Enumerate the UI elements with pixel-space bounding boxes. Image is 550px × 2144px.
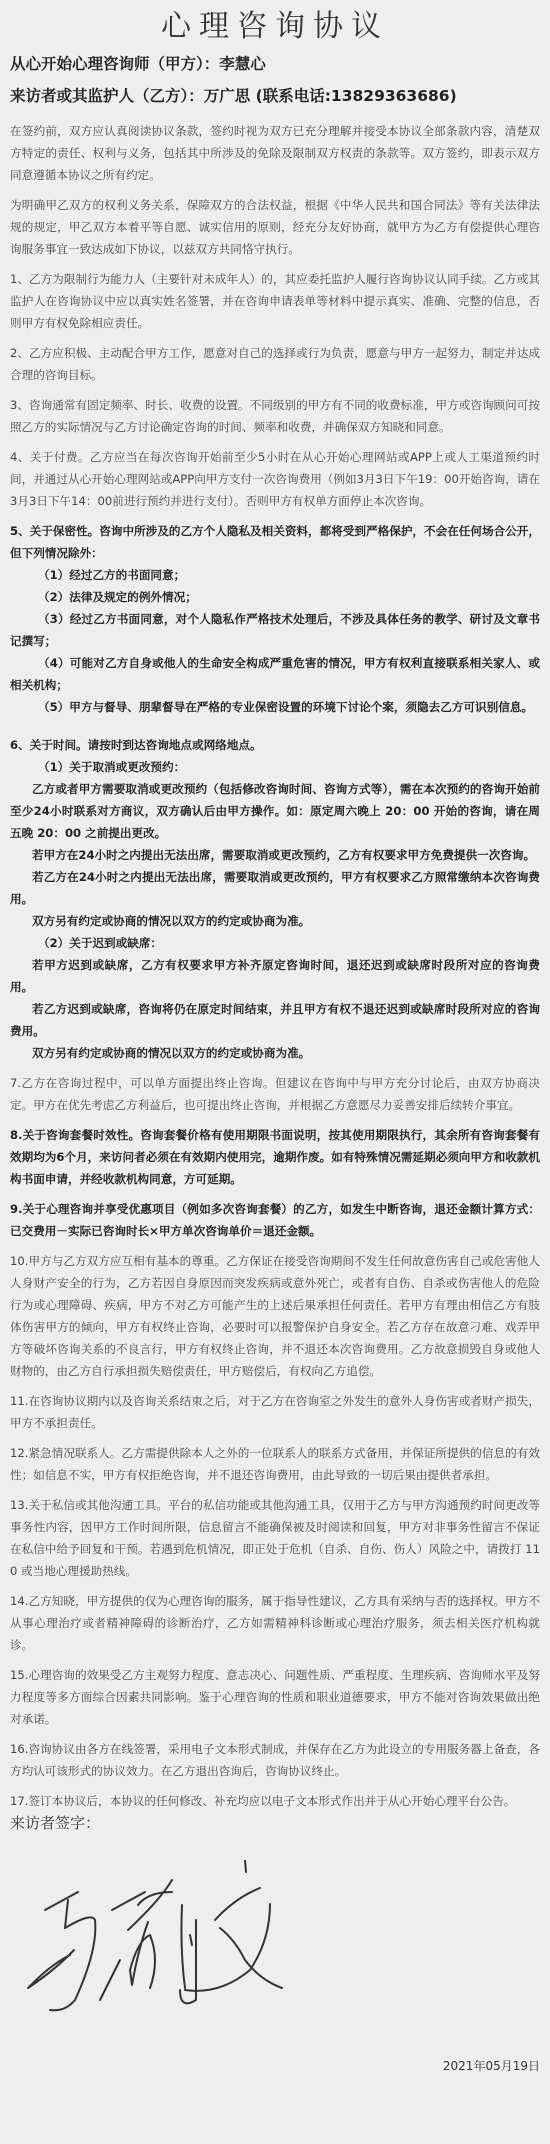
clause-5-heading: 5、关于保密性。咨询中所涉及的乙方个人隐私及相关资料，都将受到严格保护，不会在任… [10,520,540,564]
clause-6-subheading-late: （2）关于迟到或缺席： [10,932,540,954]
clause-6-paragraph: 若乙方在24小时之内提出无法出席，需要取消或更改预约，甲方有权要求乙方照常缴纳本… [10,866,540,910]
clause-6-time: 6、关于时间。请按时到达咨询地点或网络地点。 （1）关于取消或更改预约： 乙方或… [10,734,540,1064]
clause-15: 15.心理咨询的效果受乙方主观努力程度、意志决心、问题性质、严重程度、生理疾病、… [10,1664,540,1730]
agreement-body: 在签约前，双方应认真阅读协议条款，签约时视为双方已充分理解并接受本协议全部条款内… [0,120,550,1812]
clause-6-paragraph: 双方另有约定或协商的情况以双方的约定或协商为准。 [10,910,540,932]
handwritten-signature [20,1860,290,2020]
clause-4: 4、关于付费。乙方应当在每次咨询开始前至少5小时在从心开始心理网站或APP上或人… [10,446,540,512]
clause-6-paragraph: 双方另有约定或协商的情况以双方的约定或协商为准。 [10,1042,540,1064]
clause-12: 12.紧急情况联系人。乙方需提供除本人之外的一位联系人的联系方式备用，并保证所提… [10,1442,540,1486]
clause-5-item: （3）经过乙方书面同意，对个人隐私作严格技术处理后，不涉及具体任务的教学、研讨及… [10,608,540,652]
signature-label: 来访者签字： [10,1812,100,1833]
clause-16: 16.咨询协议由各方在线签署，采用电子文本形式制成，并保存在乙方为此设立的专用服… [10,1738,540,1782]
clause-3: 3、咨询通常有固定频率、时长、收费的设置。不同级别的甲方有不同的收费标准，甲方或… [10,394,540,438]
clause-6-paragraph: 若甲方在24小时之内提出无法出席，需要取消或更改预约，乙方有权要求甲方免费提供一… [10,844,540,866]
clause-5-confidentiality: 5、关于保密性。咨询中所涉及的乙方个人隐私及相关资料，都将受到严格保护，不会在任… [10,520,540,718]
clause-2: 2、乙方应积极、主动配合甲方工作，愿意对自己的选择或行为负责，愿意与甲方一起努力… [10,342,540,386]
intro-paragraph: 在签约前，双方应认真阅读协议条款，签约时视为双方已充分理解并接受本协议全部条款内… [10,120,540,186]
signature-date: 2021年05月19日 [443,2057,540,2074]
intro-paragraph: 为明确甲乙双方的权利义务关系，保障双方的合法权益，根据《中华人民共和国合同法》等… [10,194,540,260]
clause-7: 7.乙方在咨询过程中，可以单方面提出终止咨询。但建议在咨询中与甲方充分讨论后，由… [10,1072,540,1116]
clause-1: 1、乙方为限制行为能力人（主要针对未成年人）的，其应委托监护人履行咨询协议认同手… [10,268,540,334]
clause-10: 10.甲方与乙方双方应互相有基本的尊重。乙方保证在接受咨询期间不发生任何故意伤害… [10,1250,540,1382]
clause-13: 13.关于私信或其他沟通工具。平台的私信功能或其他沟通工具，仅用于乙方与甲方沟通… [10,1494,540,1582]
clause-5-item: （1）经过乙方的书面同意； [10,564,540,586]
clause-14: 14.乙方知晓，甲方提供的仅为心理咨询的服务，属于指导性建议，乙方具有采纳与否的… [10,1590,540,1656]
clause-6-paragraph: 若乙方迟到或缺席，咨询将仍在原定时间结束，并且甲方有权不退还迟到或缺席时段所对应… [10,998,540,1042]
clause-6-heading: 6、关于时间。请按时到达咨询地点或网络地点。 [10,734,540,756]
clause-5-item: （5）甲方与督导、朋辈督导在严格的专业保密设置的环境下讨论个案，须隐去乙方可识别… [10,696,540,718]
clause-17: 17.签订本协议后，本协议的任何修改、补充均应以电子文本形式作出并于从心开始心理… [10,1790,540,1812]
clause-9: 9.关于心理咨询并享受优惠项目（例如多次咨询套餐）的乙方，如发生中断咨询，退还金… [10,1198,540,1242]
clause-11: 11.在咨询协议期内以及咨询关系结束之后，对于乙方在咨询室之外发生的意外人身伤害… [10,1390,540,1434]
clause-6-paragraph: 若甲方迟到或缺席，乙方有权要求甲方补齐原定咨询时间，退还迟到或缺席时段所对应的咨… [10,954,540,998]
clause-8: 8.关于咨询套餐时效性。咨询套餐价格有使用期限书面说明，按其使用期限执行，其余所… [10,1124,540,1190]
clause-6-subheading-cancel: （1）关于取消或更改预约： [10,756,540,778]
party-a-consultant: 从心开始心理咨询师（甲方）：李慧心 [10,54,540,74]
clause-5-item: （4）可能对乙方自身或他人的生命安全构成严重危害的情况，甲方有权利直接联系相关家… [10,652,540,696]
clause-5-item: （2）法律及规定的例外情况； [10,586,540,608]
clause-6-paragraph: 乙方或者甲方需要取消或更改预约（包括修改咨询时间、咨询方式等），需在本次预约的咨… [10,778,540,844]
page-title: 心理咨询协议 [0,0,550,50]
party-b-client: 来访者或其监护人（乙方）：万广思 (联系电话:13829363686) [10,86,540,106]
